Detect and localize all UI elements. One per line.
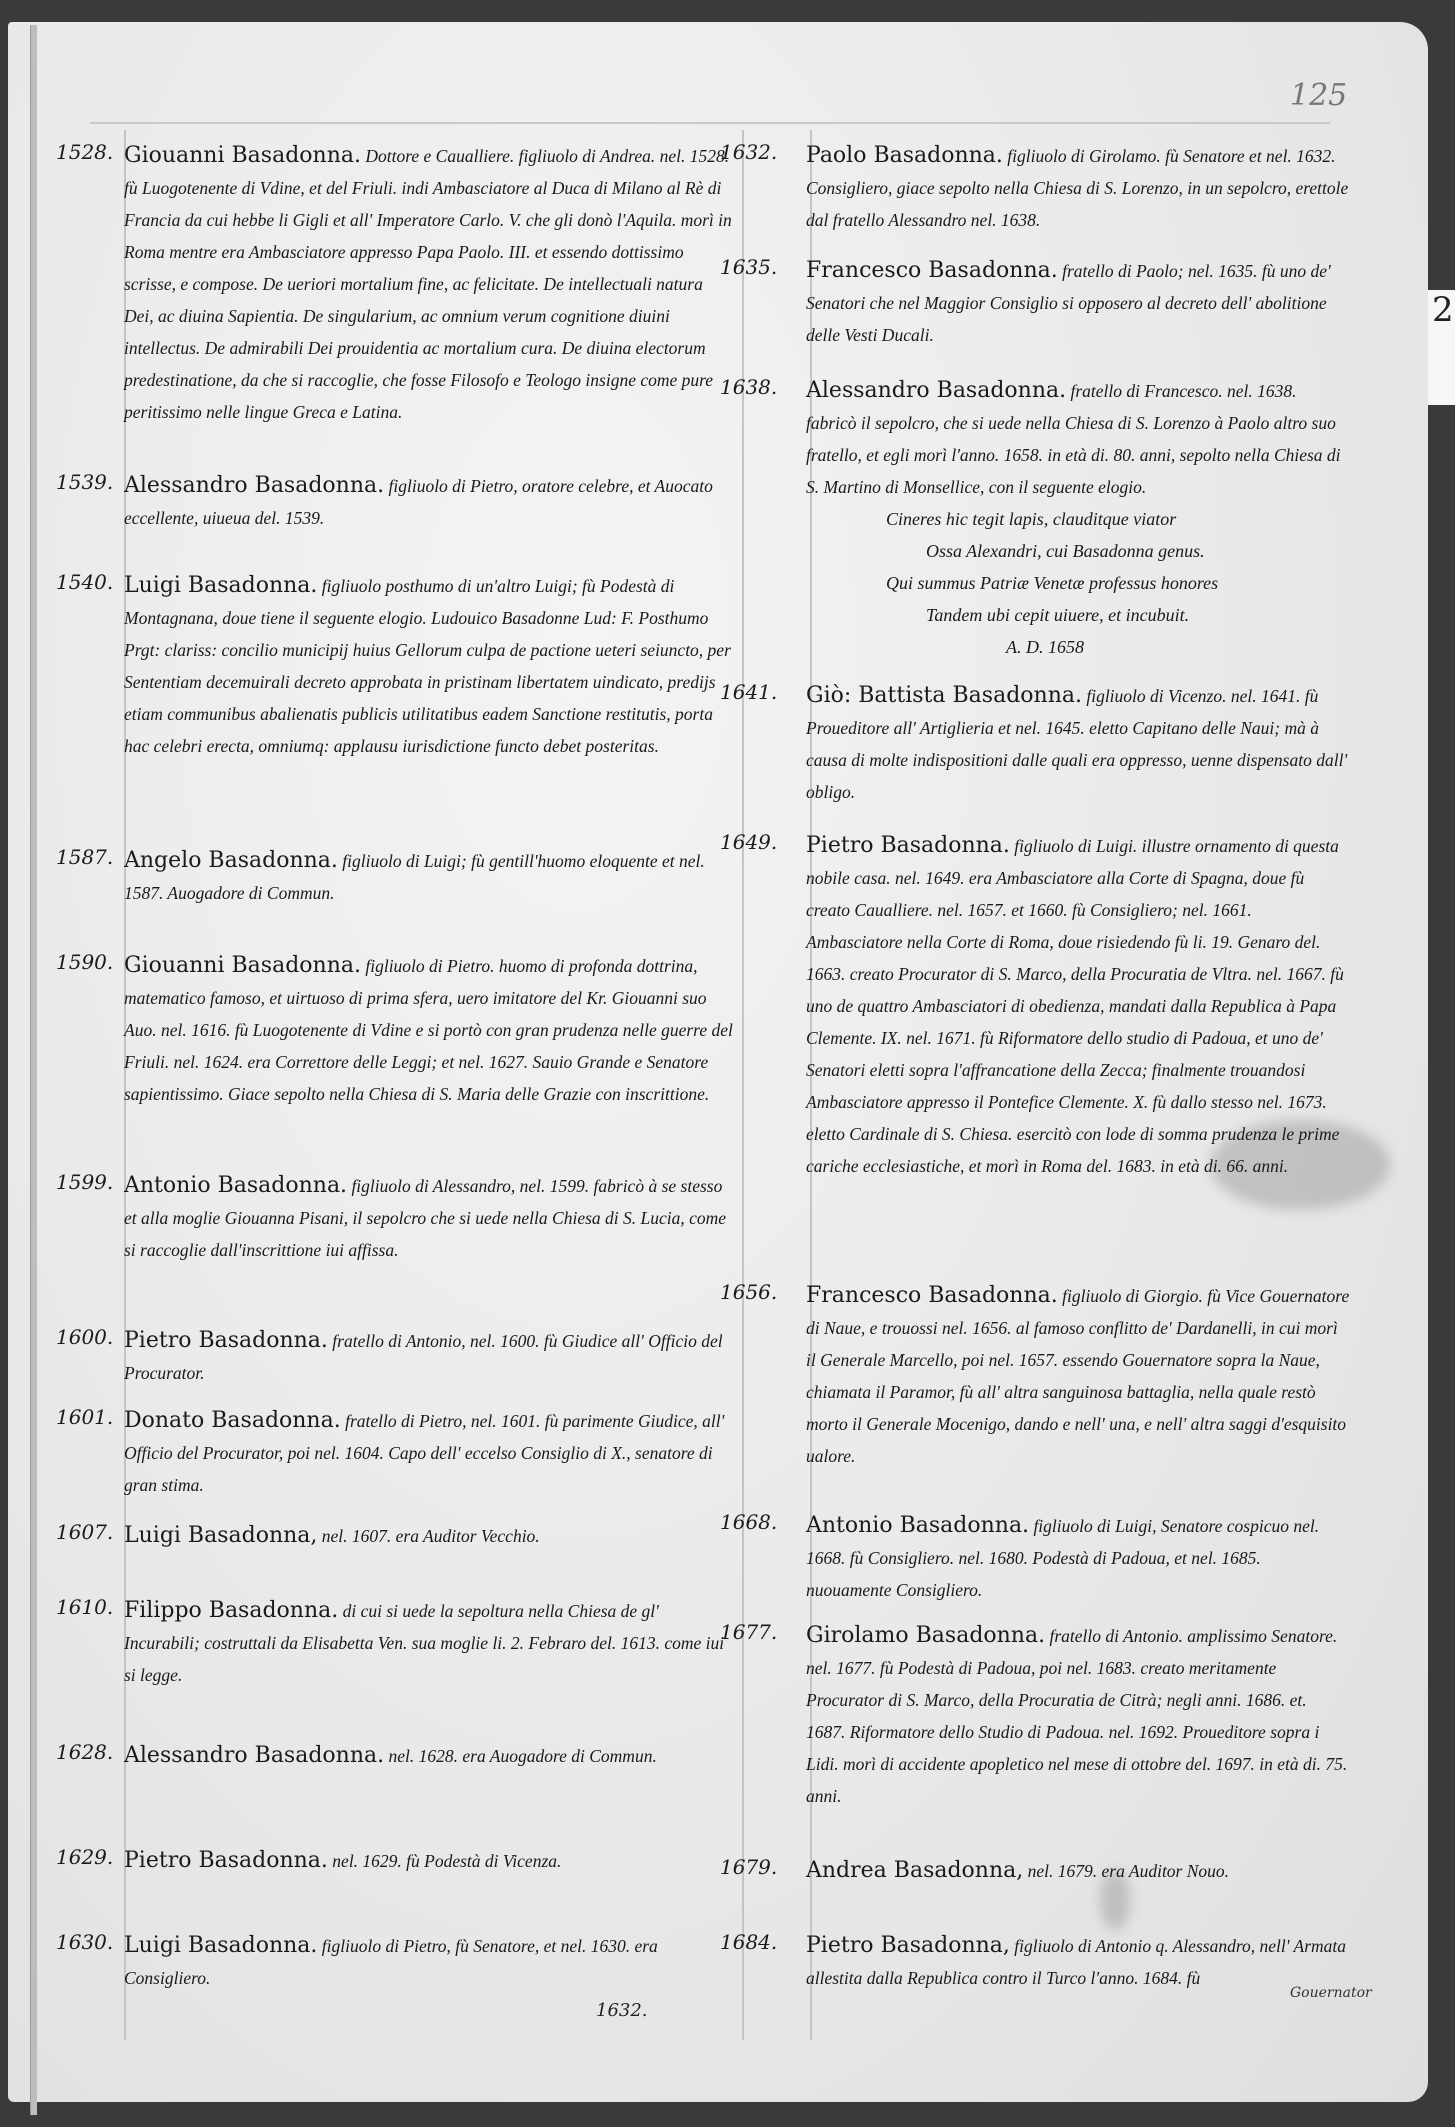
entry-name: Giouanni Basadonna. bbox=[124, 143, 361, 168]
entry-text: figliuolo di Luigi. illustre ornamento d… bbox=[806, 836, 1344, 1176]
entry-year: 1610. bbox=[56, 1595, 130, 1619]
entry-year: 1599. bbox=[56, 1170, 130, 1194]
footer-year: 1632. bbox=[596, 2000, 648, 2021]
entry-1628: 1628. Alessandro Basadonna. nel. 1628. e… bbox=[56, 1740, 736, 1772]
entry-1539: 1539. Alessandro Basadonna. figliuolo di… bbox=[56, 470, 736, 534]
entry-year: 1590. bbox=[56, 950, 130, 974]
entry-1600: 1600. Pietro Basadonna. fratello di Anto… bbox=[56, 1325, 736, 1389]
epitaph-line: Ossa Alexandri, cui Basadonna genus. bbox=[886, 535, 1350, 567]
entry-1528: 1528. Giouanni Basadonna. Dottore e Caua… bbox=[56, 140, 736, 428]
entry-1649: 1649. Pietro Basadonna. figliuolo di Lui… bbox=[720, 830, 1350, 1182]
entry-year: 1649. bbox=[720, 830, 810, 854]
entry-name: Filippo Basadonna. bbox=[124, 1598, 338, 1623]
epitaph-line: Cineres hic tegit lapis, clauditque viat… bbox=[886, 503, 1350, 535]
entry-1629: 1629. Pietro Basadonna. nel. 1629. fù Po… bbox=[56, 1845, 736, 1877]
entry-text: nel. 1607. era Auditor Vecchio. bbox=[322, 1526, 540, 1546]
entry-name: Luigi Basadonna. bbox=[124, 573, 317, 598]
entry-year: 1607. bbox=[56, 1520, 130, 1544]
catchword: Gouernator bbox=[1290, 1985, 1372, 2001]
entry-name: Donato Basadonna. bbox=[124, 1408, 341, 1433]
entry-text: nel. 1629. fù Podestà di Vicenza. bbox=[332, 1851, 561, 1871]
entry-name: Giouanni Basadonna. bbox=[124, 953, 361, 978]
entry-name: Angelo Basadonna. bbox=[124, 848, 338, 873]
entry-text: fratello di Antonio. amplissimo Senatore… bbox=[806, 1626, 1347, 1806]
entry-name: Francesco Basadonna. bbox=[806, 258, 1058, 283]
edge-tab: 2 bbox=[1428, 290, 1455, 405]
entry-name: Alessandro Basadonna. bbox=[124, 473, 384, 498]
entry-year: 1656. bbox=[720, 1280, 810, 1304]
entry-year: 1684. bbox=[720, 1930, 810, 1954]
entry-year: 1628. bbox=[56, 1740, 130, 1764]
entry-1668: 1668. Antonio Basadonna. figliuolo di Lu… bbox=[720, 1510, 1350, 1606]
entry-name: Alessandro Basadonna. bbox=[124, 1743, 384, 1768]
epitaph: Cineres hic tegit lapis, clauditque viat… bbox=[886, 503, 1350, 663]
entry-year: 1635. bbox=[720, 255, 810, 279]
entry-1635: 1635. Francesco Basadonna. fratello di P… bbox=[720, 255, 1350, 351]
page-number: 125 bbox=[1290, 78, 1347, 113]
entry-year: 1540. bbox=[56, 570, 130, 594]
entry-year: 1668. bbox=[720, 1510, 810, 1534]
entry-name: Pietro Basadonna. bbox=[806, 833, 1010, 858]
entry-name: Alessandro Basadonna. bbox=[806, 378, 1066, 403]
epitaph-line: Tandem ubi cepit uiuere, et incubuit. bbox=[886, 599, 1350, 631]
entry-name: Pietro Basadonna, bbox=[806, 1933, 1010, 1958]
entry-year: 1638. bbox=[720, 375, 810, 399]
binding-edge bbox=[30, 25, 37, 2115]
entry-1679: 1679. Andrea Basadonna, nel. 1679. era A… bbox=[720, 1855, 1350, 1887]
entry-1632: 1632. Paolo Basadonna. figliuolo di Giro… bbox=[720, 140, 1350, 236]
entry-name: Giò: Battista Basadonna. bbox=[806, 683, 1082, 708]
entry-year: 1679. bbox=[720, 1855, 810, 1879]
epitaph-line: Qui summus Patriæ Venetæ professus honor… bbox=[886, 567, 1350, 599]
entry-1601: 1601. Donato Basadonna. fratello di Piet… bbox=[56, 1405, 736, 1501]
epitaph-date: A. D. 1658 bbox=[886, 631, 1350, 663]
entry-year: 1587. bbox=[56, 845, 130, 869]
entry-text: figliuolo di Giorgio. fù Vice Gouernator… bbox=[806, 1286, 1349, 1466]
top-rule bbox=[90, 122, 1330, 124]
entry-text: nel. 1628. era Auogadore di Commun. bbox=[389, 1746, 657, 1766]
entry-1630: 1630. Luigi Basadonna. figliuolo di Piet… bbox=[56, 1930, 736, 1994]
entry-name: Pietro Basadonna. bbox=[124, 1848, 328, 1873]
entry-1641: 1641. Giò: Battista Basadonna. figliuolo… bbox=[720, 680, 1350, 808]
entry-text: figliuolo di Pietro. huomo di profonda d… bbox=[124, 956, 733, 1104]
entry-year: 1528. bbox=[56, 140, 130, 164]
entry-1599: 1599. Antonio Basadonna. figliuolo di Al… bbox=[56, 1170, 736, 1266]
entry-1607: 1607. Luigi Basadonna, nel. 1607. era Au… bbox=[56, 1520, 736, 1552]
entry-name: Andrea Basadonna, bbox=[806, 1858, 1023, 1883]
entry-year: 1629. bbox=[56, 1845, 130, 1869]
entry-1684: 1684. Pietro Basadonna, figliuolo di Ant… bbox=[720, 1930, 1350, 1994]
entry-name: Antonio Basadonna. bbox=[806, 1513, 1029, 1538]
entry-name: Girolamo Basadonna. bbox=[806, 1623, 1045, 1648]
entry-text: nel. 1679. era Auditor Nouo. bbox=[1028, 1861, 1229, 1881]
entry-year: 1601. bbox=[56, 1405, 130, 1429]
entry-1656: 1656. Francesco Basadonna. figliuolo di … bbox=[720, 1280, 1350, 1472]
entry-year: 1632. bbox=[720, 140, 810, 164]
entry-name: Paolo Basadonna. bbox=[806, 143, 1003, 168]
entry-name: Francesco Basadonna. bbox=[806, 1283, 1058, 1308]
entry-year: 1600. bbox=[56, 1325, 130, 1349]
entry-name: Pietro Basadonna. bbox=[124, 1328, 328, 1353]
entry-1587: 1587. Angelo Basadonna. figliuolo di Lui… bbox=[56, 845, 736, 909]
entry-name: Antonio Basadonna. bbox=[124, 1173, 347, 1198]
entry-year: 1677. bbox=[720, 1620, 810, 1644]
entry-year: 1539. bbox=[56, 470, 130, 494]
entry-1610: 1610. Filippo Basadonna. di cui si uede … bbox=[56, 1595, 736, 1691]
entry-1590: 1590. Giouanni Basadonna. figliuolo di P… bbox=[56, 950, 736, 1110]
entry-1638: 1638. Alessandro Basadonna. fratello di … bbox=[720, 375, 1350, 663]
entry-1677: 1677. Girolamo Basadonna. fratello di An… bbox=[720, 1620, 1350, 1812]
entry-1540: 1540. Luigi Basadonna. figliuolo posthum… bbox=[56, 570, 736, 762]
entry-text: Dottore e Caualliere. figliuolo di Andre… bbox=[124, 146, 732, 422]
entry-year: 1641. bbox=[720, 680, 810, 704]
entry-text: figliuolo posthumo di un'altro Luigi; fù… bbox=[124, 576, 731, 756]
entry-name: Luigi Basadonna, bbox=[124, 1523, 317, 1548]
entry-year: 1630. bbox=[56, 1930, 130, 1954]
entry-name: Luigi Basadonna. bbox=[124, 1933, 317, 1958]
